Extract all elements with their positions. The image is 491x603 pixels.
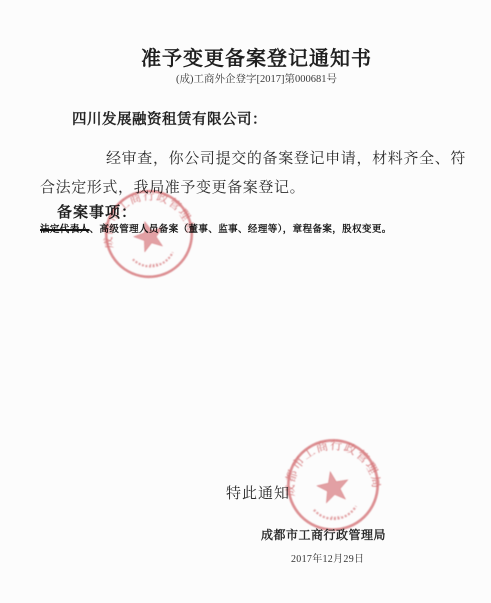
seal-footer-marks [150, 263, 159, 265]
document-number: (成)工商外企登字[2017]第000681号 [0, 71, 491, 86]
seal-footer-marks [331, 516, 341, 518]
seal-ring [285, 437, 382, 534]
section-header-record-items: 备案事项： [57, 201, 137, 222]
issue-date: 2017年12月29日 [291, 550, 364, 565]
struck-out-item: 法定代表人 [40, 225, 90, 235]
seal-serial-marks [133, 252, 175, 269]
issuing-agency: 成都市工商行政管理局 [261, 526, 386, 543]
record-items-text: 、高级管理人员备案（董事、监事、经理等），章程备案，股权变更。 [90, 225, 392, 235]
document-title: 准予变更备案登记通知书 [0, 42, 491, 71]
scanned-notice-document: 准予变更备案登记通知书 (成)工商外企登字[2017]第000681号 四川发展… [0, 0, 491, 603]
star-icon [315, 469, 351, 504]
seal-arc-text: 成都市工商行政管理局 [281, 433, 384, 498]
closing-statement: 特此通知 [226, 482, 290, 503]
addressee-line: 四川发展融资租赁有限公司： [72, 108, 267, 129]
seal-serial-marks [314, 506, 357, 521]
record-items-line: 法定代表人、高级管理人员备案（董事、监事、经理等），章程备案，股权变更。 [40, 221, 460, 235]
official-seal-lower: 成都市工商行政管理局 [281, 433, 385, 537]
body-paragraph: 经审查，你公司提交的备案登记申请，材料齐全、符合法定形式，我局准予变更备案登记。 [40, 145, 466, 203]
